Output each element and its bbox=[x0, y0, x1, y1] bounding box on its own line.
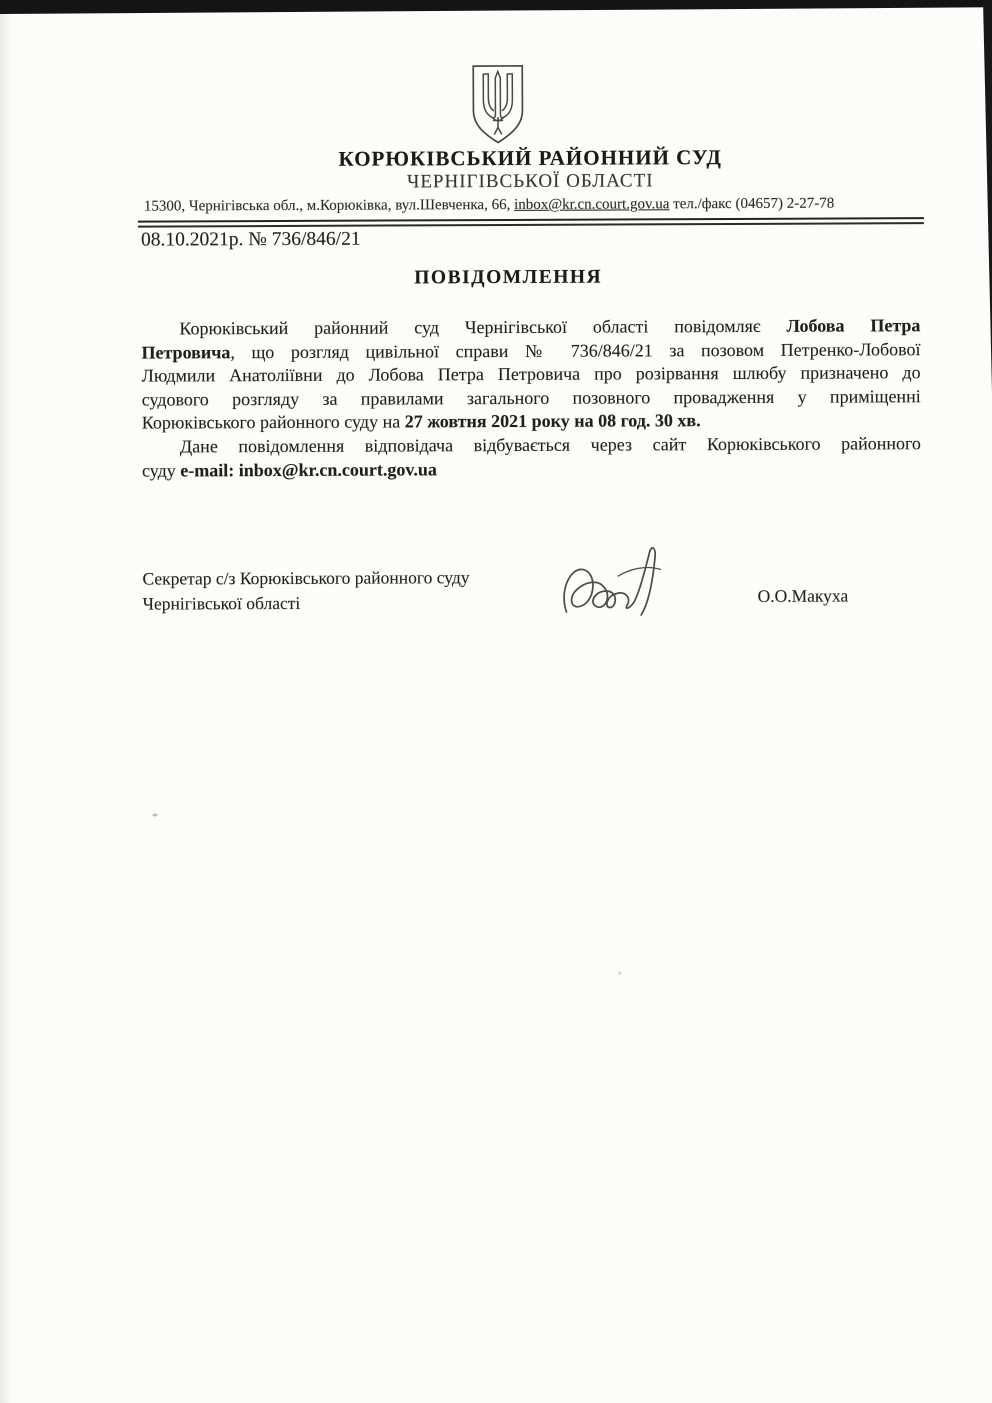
notice-body: Корюківський районний суд Чернігівської … bbox=[141, 314, 921, 483]
date-reference-number: 08.10.2021р. № 736/846/21 bbox=[141, 229, 361, 252]
handwritten-signature bbox=[555, 542, 685, 635]
ukraine-trident-emblem bbox=[469, 63, 526, 147]
court-address: 15300, Чернігівська обл., м.Корюківка, в… bbox=[144, 195, 944, 215]
scan-speck bbox=[618, 971, 621, 974]
body-paragraph: Дане повідомлення відповідача відбуваєть… bbox=[142, 432, 921, 483]
scan-speck bbox=[152, 813, 157, 816]
court-name: КОРЮКІВСЬКИЙ РАЙОННИЙ СУД bbox=[141, 144, 920, 172]
scanned-court-notice: { "document": { "header": { "emblem": "u… bbox=[0, 0, 992, 1403]
header-double-rule bbox=[138, 217, 924, 227]
signatory-name: О.О.Макуха bbox=[758, 585, 849, 606]
signatory-role-line2: Чернігівської області bbox=[143, 590, 470, 616]
address-phone: тел./факс (04657) 2-27-78 bbox=[669, 196, 834, 213]
document-page: КОРЮКІВСЬКИЙ РАЙОННИЙ СУД ЧЕРНІГІВСЬКОЇ … bbox=[0, 0, 992, 1403]
body-line: Корюківського районного суду на 27 жовтн… bbox=[142, 409, 921, 436]
scan-shadow-left bbox=[0, 0, 12, 1403]
body-line: Корюківський районний суд Чернігівської … bbox=[141, 314, 920, 341]
notice-title: ПОВІДОМЛЕННЯ bbox=[141, 265, 875, 290]
signatory-role: Секретар с/з Корюківського районного суд… bbox=[142, 565, 469, 615]
body-line: Дане повідомлення відповідача відбуваєть… bbox=[142, 432, 921, 459]
body-line: суду e-mail: inbox@kr.cn.court.gov.ua bbox=[142, 456, 921, 483]
scan-background: КОРЮКІВСЬКИЙ РАЙОННИЙ СУД ЧЕРНІГІВСЬКОЇ … bbox=[0, 0, 992, 1403]
court-email: inbox@kr.cn.court.gov.ua bbox=[514, 196, 669, 213]
address-text: 15300, Чернігівська обл., м.Корюківка, в… bbox=[144, 197, 514, 215]
body-line: Людмили Анатоліївни до Лобова Петра Петр… bbox=[142, 361, 921, 388]
body-line: Петровича, що розгляд цивільної справи №… bbox=[141, 338, 920, 365]
court-region: ЧЕРНІГІВСЬКОЇ ОБЛАСТІ bbox=[141, 169, 920, 194]
body-line: судового розгляду за правилами загальног… bbox=[142, 385, 921, 412]
signatory-role-line1: Секретар с/з Корюківського районного суд… bbox=[142, 565, 469, 591]
body-paragraph: Корюківський районний суд Чернігівської … bbox=[141, 314, 921, 435]
